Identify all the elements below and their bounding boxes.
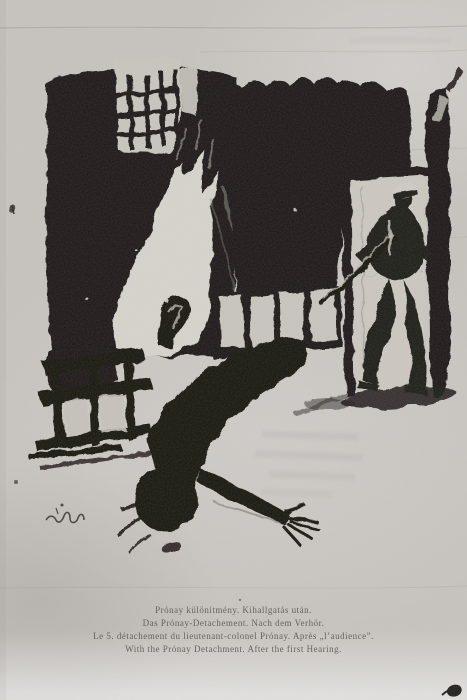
grain-overlay [0,0,467,700]
caption-line-hungarian: Prónay különítmény. Kihallgatás után. [0,604,467,617]
caption-line-german: Das Prónay-Detachement. Nach dem Verhör. [0,617,467,630]
caption-line-french: Le 5. détachement du lieutenant-colonel … [0,630,467,643]
scanned-page: Prónay különítmény. Kihallgatás után. Da… [0,0,467,700]
caption-block: Prónay különítmény. Kihallgatás után. Da… [0,604,467,656]
caption-line-english: With the Prónay Detachment. After the fi… [0,643,467,656]
illustration-ink-drawing [0,0,467,700]
